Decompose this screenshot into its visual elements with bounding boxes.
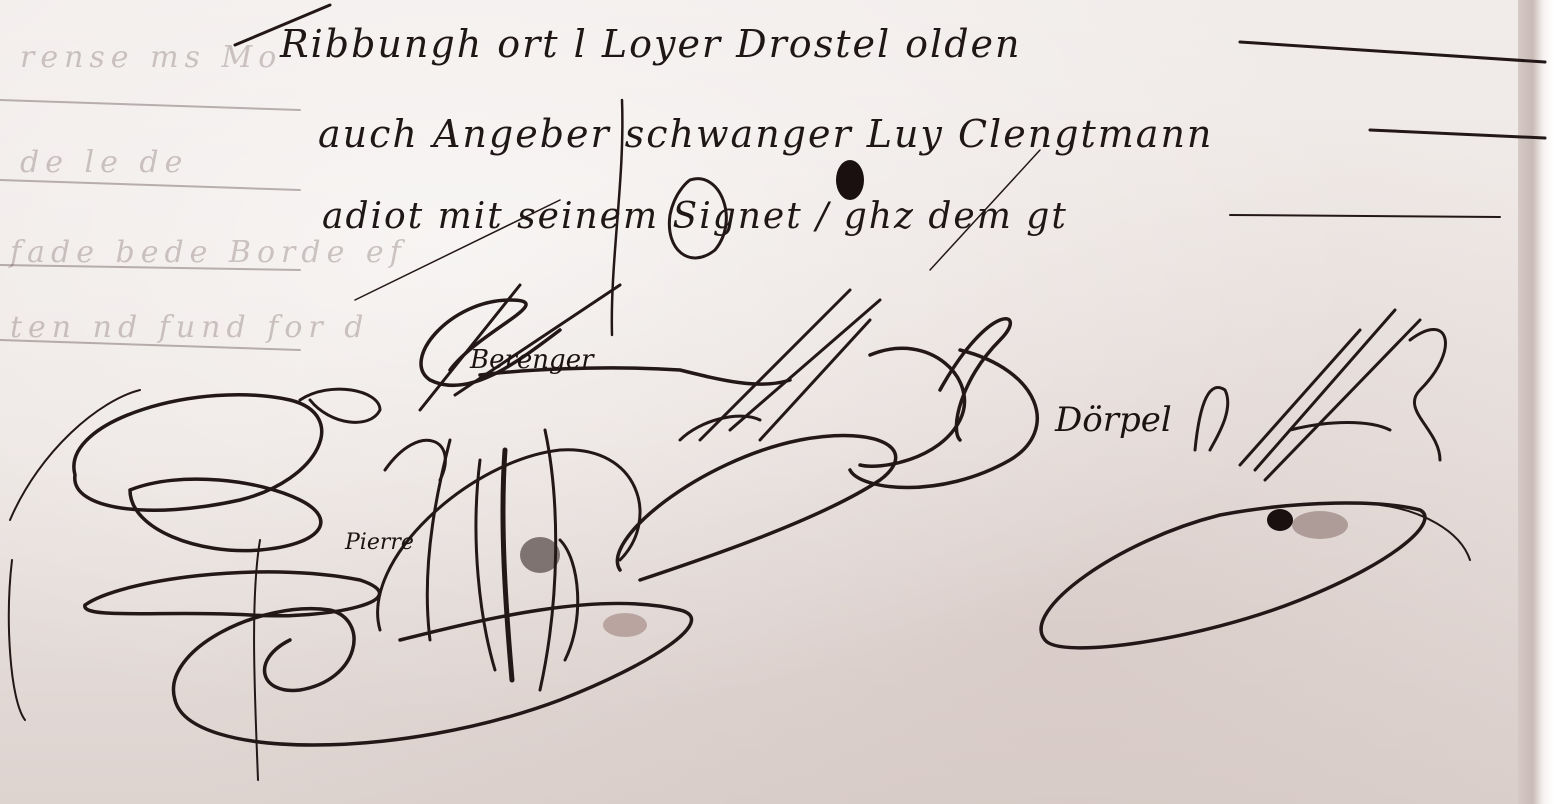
signature-berenger: Berenger [470,345,594,375]
signature-pierre: Pierre [345,530,414,555]
signature-flourishes [0,0,1554,804]
signature-dorpel: Dörpel [1055,400,1172,440]
